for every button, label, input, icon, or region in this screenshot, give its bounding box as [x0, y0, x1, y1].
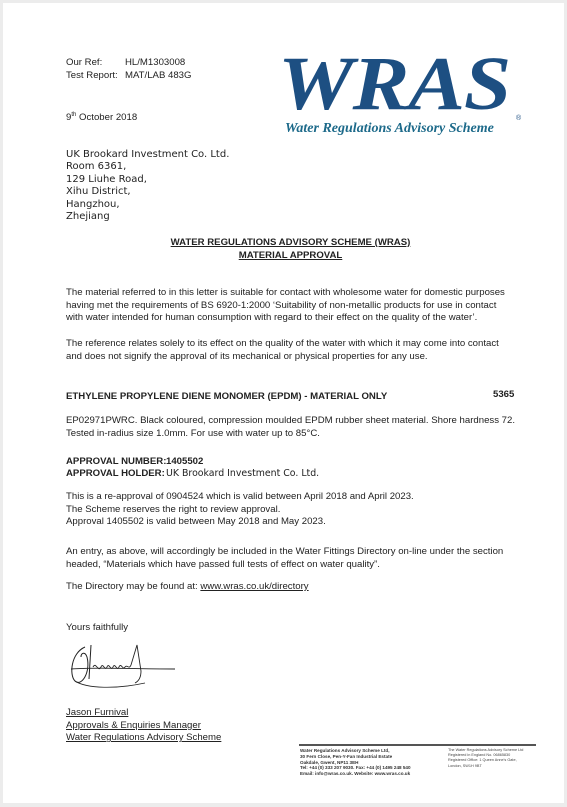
our-ref-row: Our Ref:HL/M1303008 — [66, 57, 185, 70]
approval-holder-value: UK Brookard Investment Co. Ltd. — [166, 468, 319, 479]
approval-number-value: 1405502 — [166, 456, 203, 467]
material-code: 5365 — [493, 389, 514, 402]
directory-prefix: The Directory may be found at: — [66, 581, 200, 592]
approval-number-label: APPROVAL NUMBER: — [66, 456, 166, 469]
our-ref-value: HL/M1303008 — [125, 57, 185, 68]
signatory-block: Jason Furnival Approvals & Enquiries Man… — [66, 707, 221, 745]
address-line: UK Brookard Investment Co. Ltd. — [66, 149, 229, 161]
paragraph-line: and does not signify the approval of its… — [66, 351, 499, 364]
signatory-role: Approvals & Enquiries Manager — [66, 720, 221, 733]
address-line: Zhejiang — [66, 211, 229, 223]
description-line: Tested in-radius size 1.0mm. For use wit… — [66, 428, 515, 441]
paragraph-line: The reference relates solely to its effe… — [66, 338, 499, 351]
validity-line: Approval 1405502 is valid between May 20… — [66, 516, 414, 529]
approval-holder-label: APPROVAL HOLDER: — [66, 468, 166, 481]
address-line: Xihu District, — [66, 186, 229, 198]
validity-line: The Scheme reserves the right to review … — [66, 504, 414, 517]
footer-registration: The Water Regulations Advisory Scheme Lt… — [448, 748, 523, 769]
directory-line: headed, “Materials which have passed ful… — [66, 559, 503, 572]
wras-logo: WRAS ® Water Regulations Advisory Scheme — [278, 49, 528, 139]
description-line: EP02971PWRC. Black coloured, compression… — [66, 415, 515, 428]
title-line-2: MATERIAL APPROVAL — [3, 250, 567, 263]
reference-paragraph: The reference relates solely to its effe… — [66, 338, 499, 363]
signatory-organisation: Water Regulations Advisory Scheme — [66, 732, 221, 745]
directory-line: An entry, as above, will accordingly be … — [66, 546, 503, 559]
closing: Yours faithfully — [66, 622, 128, 635]
material-heading: ETHYLENE PROPYLENE DIENE MONOMER (EPDM) … — [66, 391, 387, 404]
signatory-name: Jason Furnival — [66, 707, 221, 720]
document-title: WATER REGULATIONS ADVISORY SCHEME (WRAS)… — [3, 237, 567, 262]
test-report-label: Test Report: — [66, 70, 125, 83]
directory-link-row: The Directory may be found at: www.wras.… — [66, 581, 309, 594]
address-line: 129 Liuhe Road, — [66, 174, 229, 186]
signature-image — [67, 643, 177, 693]
suitability-paragraph: The material referred to in this letter … — [66, 287, 505, 325]
letter-page: Our Ref:HL/M1303008 Test Report:MAT/LAB … — [3, 3, 564, 803]
footer-line: London, SW1H 9BT — [448, 764, 523, 769]
test-report-value: MAT/LAB 483G — [125, 70, 191, 81]
footer-rule — [299, 744, 536, 746]
our-ref-label: Our Ref: — [66, 57, 125, 70]
paragraph-line: having met the requirements of BS 6920-1… — [66, 300, 505, 313]
approval-number-row: APPROVAL NUMBER:1405502 — [66, 456, 203, 469]
footer-line: Registered Office: 1 Queen Anne's Gate, — [448, 758, 523, 763]
address-line: Hangzhou, — [66, 199, 229, 211]
validity-line: This is a re-approval of 0904524 which i… — [66, 491, 414, 504]
validity-paragraph: This is a re-approval of 0904524 which i… — [66, 491, 414, 529]
material-description: EP02971PWRC. Black coloured, compression… — [66, 415, 515, 440]
paragraph-line: with water intended for human consumptio… — [66, 312, 505, 325]
logo-wordmark: WRAS — [278, 49, 558, 119]
directory-link[interactable]: www.wras.co.uk/directory — [200, 581, 308, 592]
title-line-1: WATER REGULATIONS ADVISORY SCHEME (WRAS) — [3, 237, 567, 250]
footer-contact: Water Regulations Advisory Scheme Ltd, 3… — [300, 748, 411, 777]
letter-date: 9th October 2018 — [66, 109, 137, 125]
footer-line: Email: info@wras.co.uk. Website: www.wra… — [300, 771, 411, 777]
date-rest: October 2018 — [76, 112, 137, 123]
test-report-row: Test Report:MAT/LAB 483G — [66, 70, 191, 83]
logo-subtitle: Water Regulations Advisory Scheme — [285, 121, 494, 137]
directory-paragraph: An entry, as above, will accordingly be … — [66, 546, 503, 571]
registered-mark: ® — [516, 115, 521, 122]
paragraph-line: The material referred to in this letter … — [66, 287, 505, 300]
approval-holder-row: APPROVAL HOLDER:UK Brookard Investment C… — [66, 468, 319, 481]
address-line: Room 6361, — [66, 161, 229, 173]
recipient-address: UK Brookard Investment Co. Ltd. Room 636… — [66, 149, 229, 223]
